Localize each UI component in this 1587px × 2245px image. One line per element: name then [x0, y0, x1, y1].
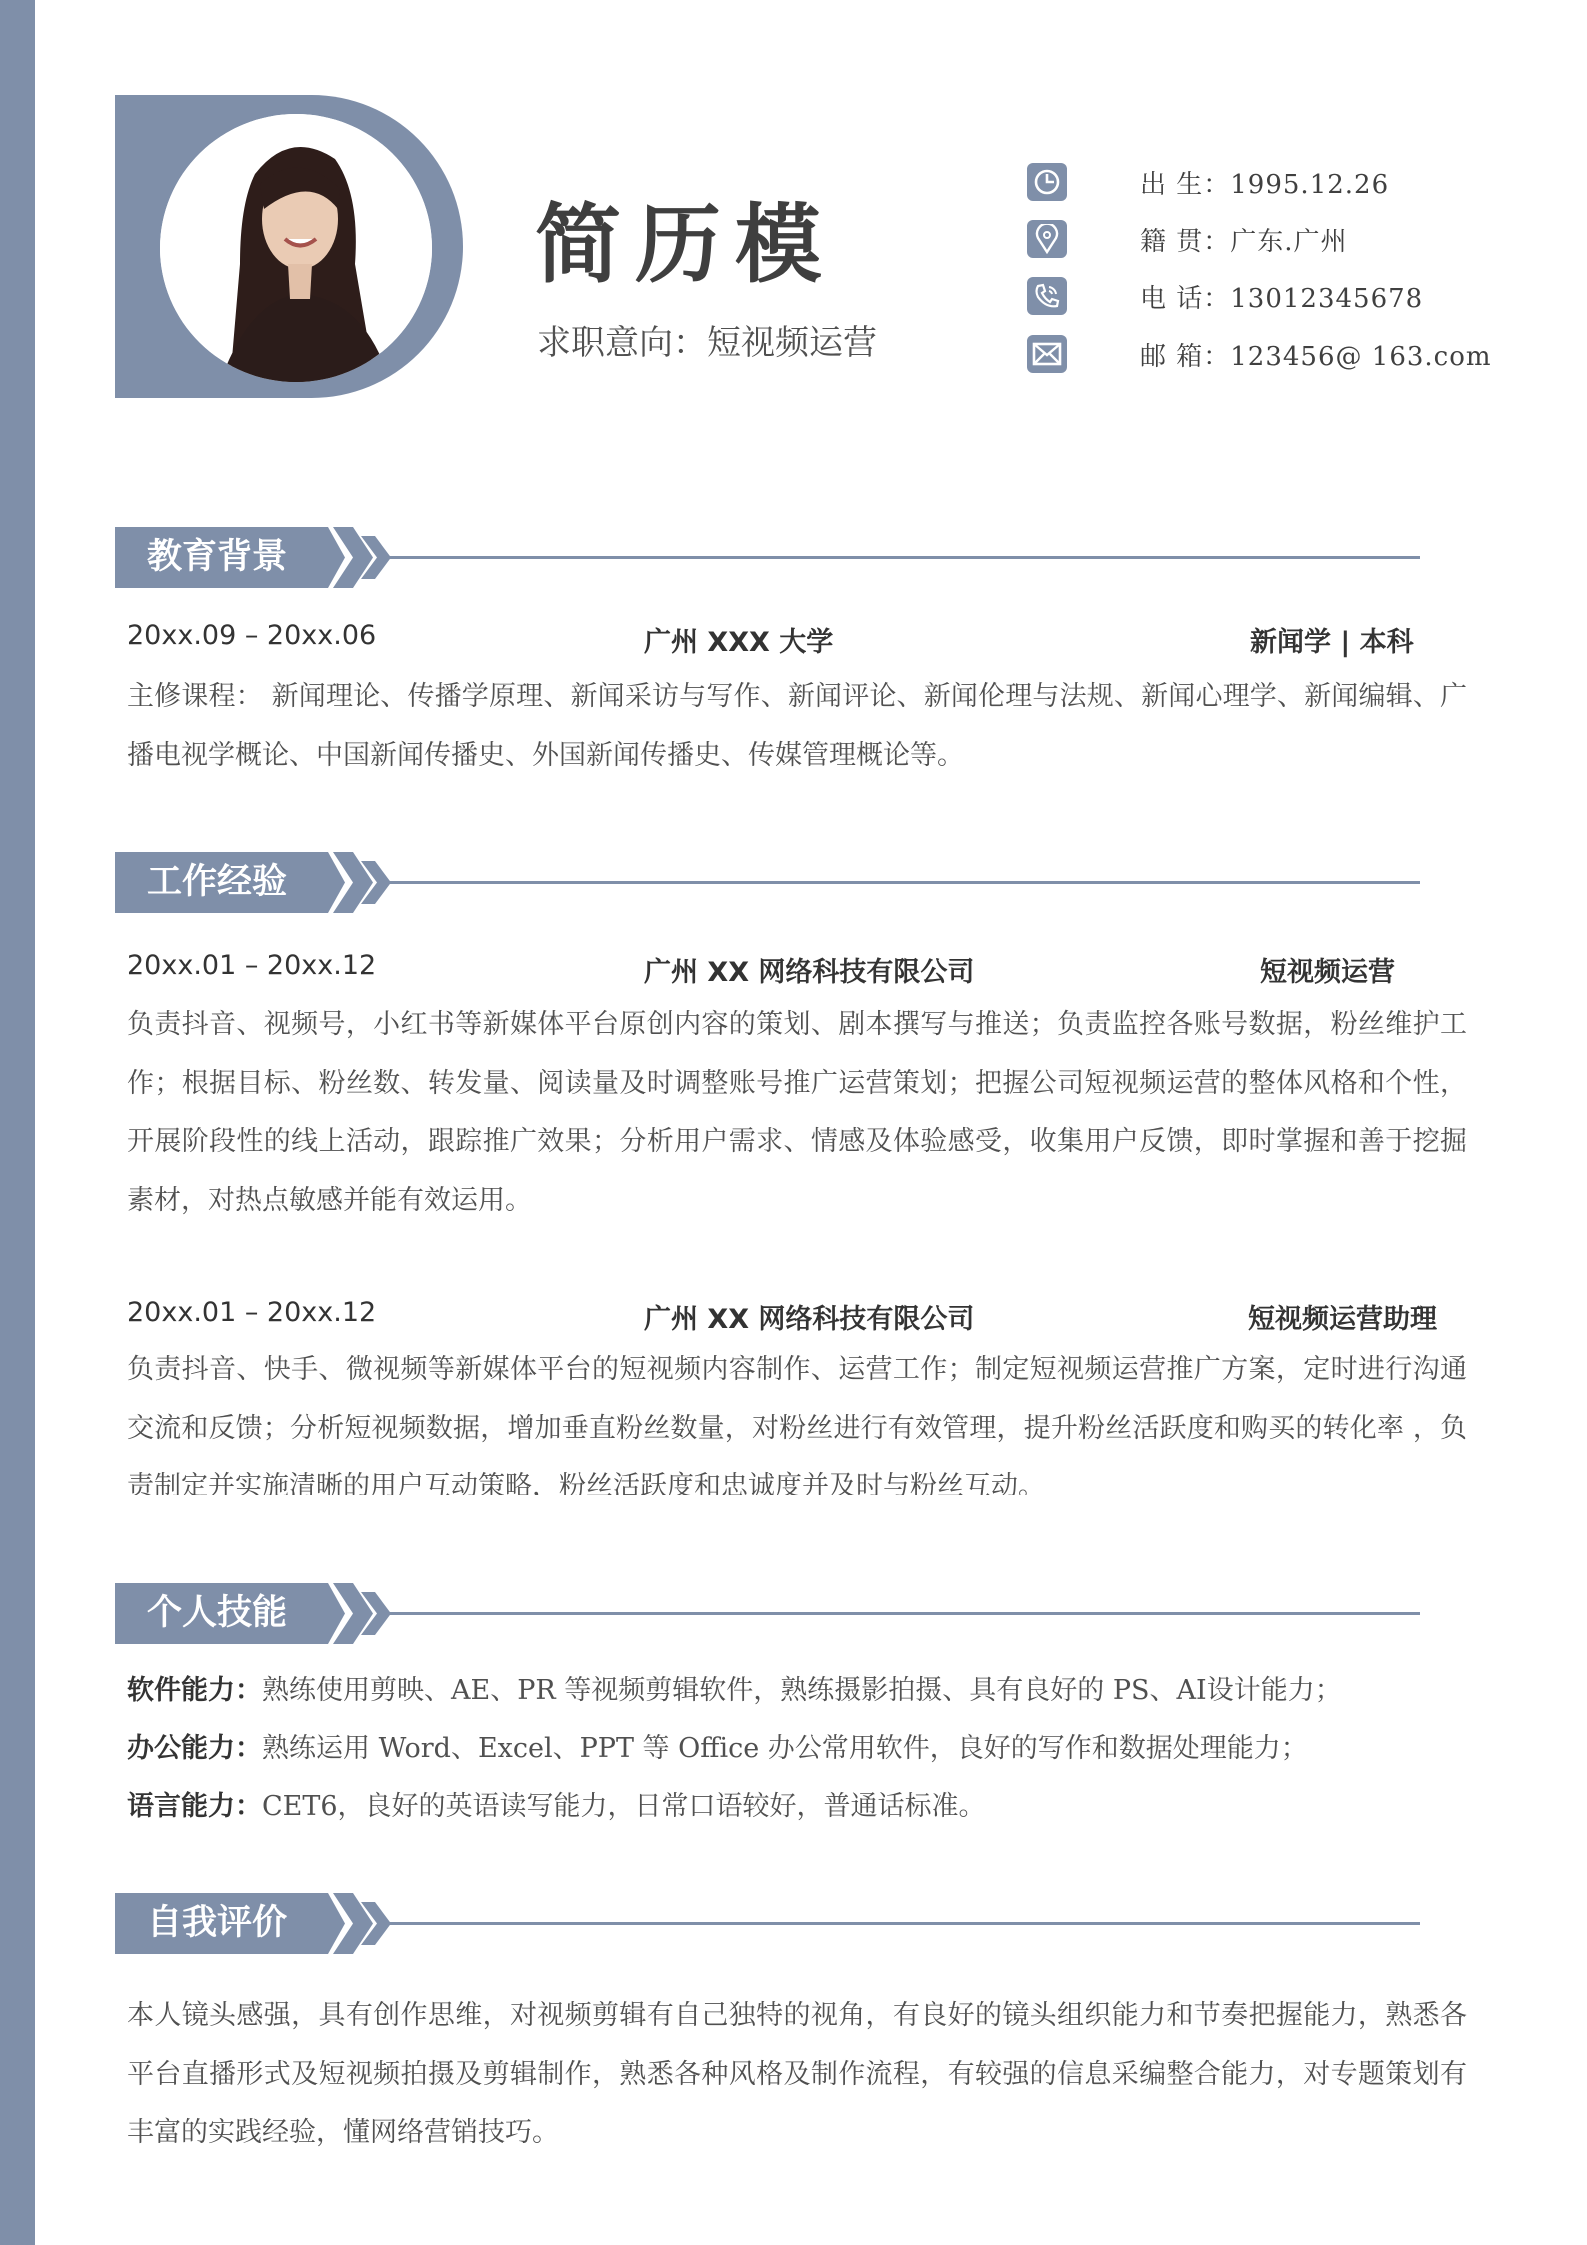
divider: [385, 881, 1420, 884]
section-title: 自我评价: [147, 1893, 287, 1954]
clock-icon: [1027, 163, 1067, 201]
section-title: 个人技能: [147, 1583, 287, 1644]
phone-icon: [1027, 277, 1067, 315]
education-major: 新闻学 | 本科: [1250, 620, 1414, 659]
profile-photo: [160, 114, 432, 382]
education-entry: 20xx.09 – 20xx.06 广州 XXX 大学 新闻学 | 本科: [127, 620, 1457, 660]
info-hometown: 籍 贯：广东.广州: [1027, 219, 1348, 259]
mail-icon: [1027, 335, 1067, 373]
job-intent: 求职意向：短视频运营: [537, 315, 877, 364]
education-courses: 主修课程： 新闻理论、传播学原理、新闻采访与写作、新闻评论、新闻伦理与法规、新闻…: [127, 668, 1467, 785]
left-accent-strip: [0, 0, 35, 2245]
section-title: 教育背景: [147, 527, 287, 588]
info-phone: 电 话：13012345678: [1027, 276, 1423, 316]
skill-office: 办公能力：熟练运用 Word、Excel、PPT 等 Office 办公常用软件…: [127, 1726, 1308, 1765]
work-entry-header: 20xx.01 – 20xx.12 广州 XX 网络科技有限公司 短视频运营: [127, 950, 1457, 990]
work-description: 负责抖音、视频号，小红书等新媒体平台原创内容的策划、剧本撰写与推送；负责监控各账…: [127, 996, 1467, 1230]
work-company: 广州 XX 网络科技有限公司: [644, 1297, 974, 1336]
education-school: 广州 XXX 大学: [644, 620, 833, 659]
work-period: 20xx.01 – 20xx.12: [127, 950, 376, 981]
section-title: 工作经验: [147, 852, 287, 913]
info-birth: 出 生：1995.12.26: [1027, 162, 1389, 202]
self-evaluation-text: 本人镜头感强，具有创作思维，对视频剪辑有自己独特的视角，有良好的镜头组织能力和节…: [127, 1987, 1467, 2163]
section-header-self-evaluation: 自我评价: [115, 1893, 1420, 1954]
divider: [385, 556, 1420, 559]
location-pin-icon: [1027, 220, 1067, 258]
skill-software: 软件能力：熟练使用剪映、AE、PR 等视频剪辑软件，熟练摄影拍摄、具有良好的 P…: [127, 1668, 1342, 1707]
skill-language: 语言能力：CET6，良好的英语读写能力，日常口语较好，普通话标准。: [127, 1784, 986, 1823]
work-entry-header: 20xx.01 – 20xx.12 广州 XX 网络科技有限公司 短视频运营助理: [127, 1297, 1457, 1337]
section-header-work: 工作经验: [115, 852, 1420, 913]
work-position: 短视频运营助理: [1248, 1297, 1437, 1336]
work-period: 20xx.01 – 20xx.12: [127, 1297, 376, 1328]
resume-title: 简历模: [535, 190, 835, 300]
divider: [385, 1922, 1420, 1925]
work-description: 负责抖音、快手、微视频等新媒体平台的短视频内容制作、运营工作；制定短视频运营推广…: [127, 1341, 1467, 1495]
education-period: 20xx.09 – 20xx.06: [127, 620, 376, 651]
work-position: 短视频运营: [1260, 950, 1395, 989]
section-header-skills: 个人技能: [115, 1583, 1420, 1644]
person-photo-icon: [160, 114, 432, 382]
info-email: 邮 箱：123456@ 163.com: [1027, 334, 1492, 374]
work-company: 广州 XX 网络科技有限公司: [644, 950, 974, 989]
section-header-education: 教育背景: [115, 527, 1420, 588]
divider: [385, 1612, 1420, 1615]
